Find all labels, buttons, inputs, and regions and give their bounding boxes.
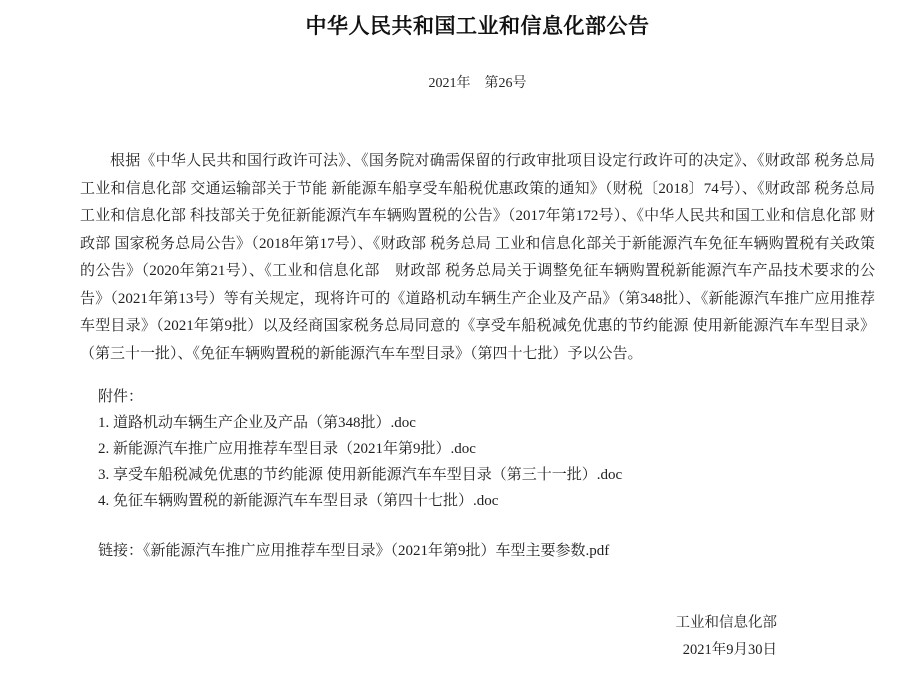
document-title: 中华人民共和国工业和信息化部公告: [80, 13, 875, 41]
link-file-pdf[interactable]: 《新能源汽车推广应用推荐车型目录》（2021年第9批）车型主要参数.pdf: [143, 543, 609, 559]
announcement-content: 中华人民共和国工业和信息化部公告 2021年 第26号 根据《中华人民共和国行政…: [0, 0, 905, 664]
signature-date: 2021年9月30日: [80, 637, 777, 664]
attachment-item-4[interactable]: 4. 免征车辆购置税的新能源汽车车型目录（第四十七批）.doc: [98, 488, 875, 514]
attachments-label: 附件：: [98, 384, 875, 410]
attachment-item-3[interactable]: 3. 享受车船税减免优惠的节约能源 使用新能源汽车车型目录（第三十一批）.doc: [98, 462, 875, 488]
signature-block: 工业和信息化部 2021年9月30日: [80, 610, 875, 664]
link-label: 链接：: [98, 543, 143, 559]
attachments-section: 附件： 1. 道路机动车辆生产企业及产品（第348批）.doc 2. 新能源汽车…: [80, 384, 875, 514]
issue-number: 2021年 第26号: [80, 75, 875, 93]
attachment-item-1[interactable]: 1. 道路机动车辆生产企业及产品（第348批）.doc: [98, 410, 875, 436]
signature-issuer: 工业和信息化部: [80, 610, 777, 637]
link-section: 链接：《新能源汽车推广应用推荐车型目录》（2021年第9批）车型主要参数.pdf: [80, 538, 875, 564]
body-paragraph: 根据《中华人民共和国行政许可法》、《国务院对确需保留的行政审批项目设定行政许可的…: [80, 148, 875, 368]
announcement-page: 中华人民共和国工业和信息化部公告 2021年 第26号 根据《中华人民共和国行政…: [0, 0, 905, 683]
attachment-item-2[interactable]: 2. 新能源汽车推广应用推荐车型目录（2021年第9批）.doc: [98, 436, 875, 462]
